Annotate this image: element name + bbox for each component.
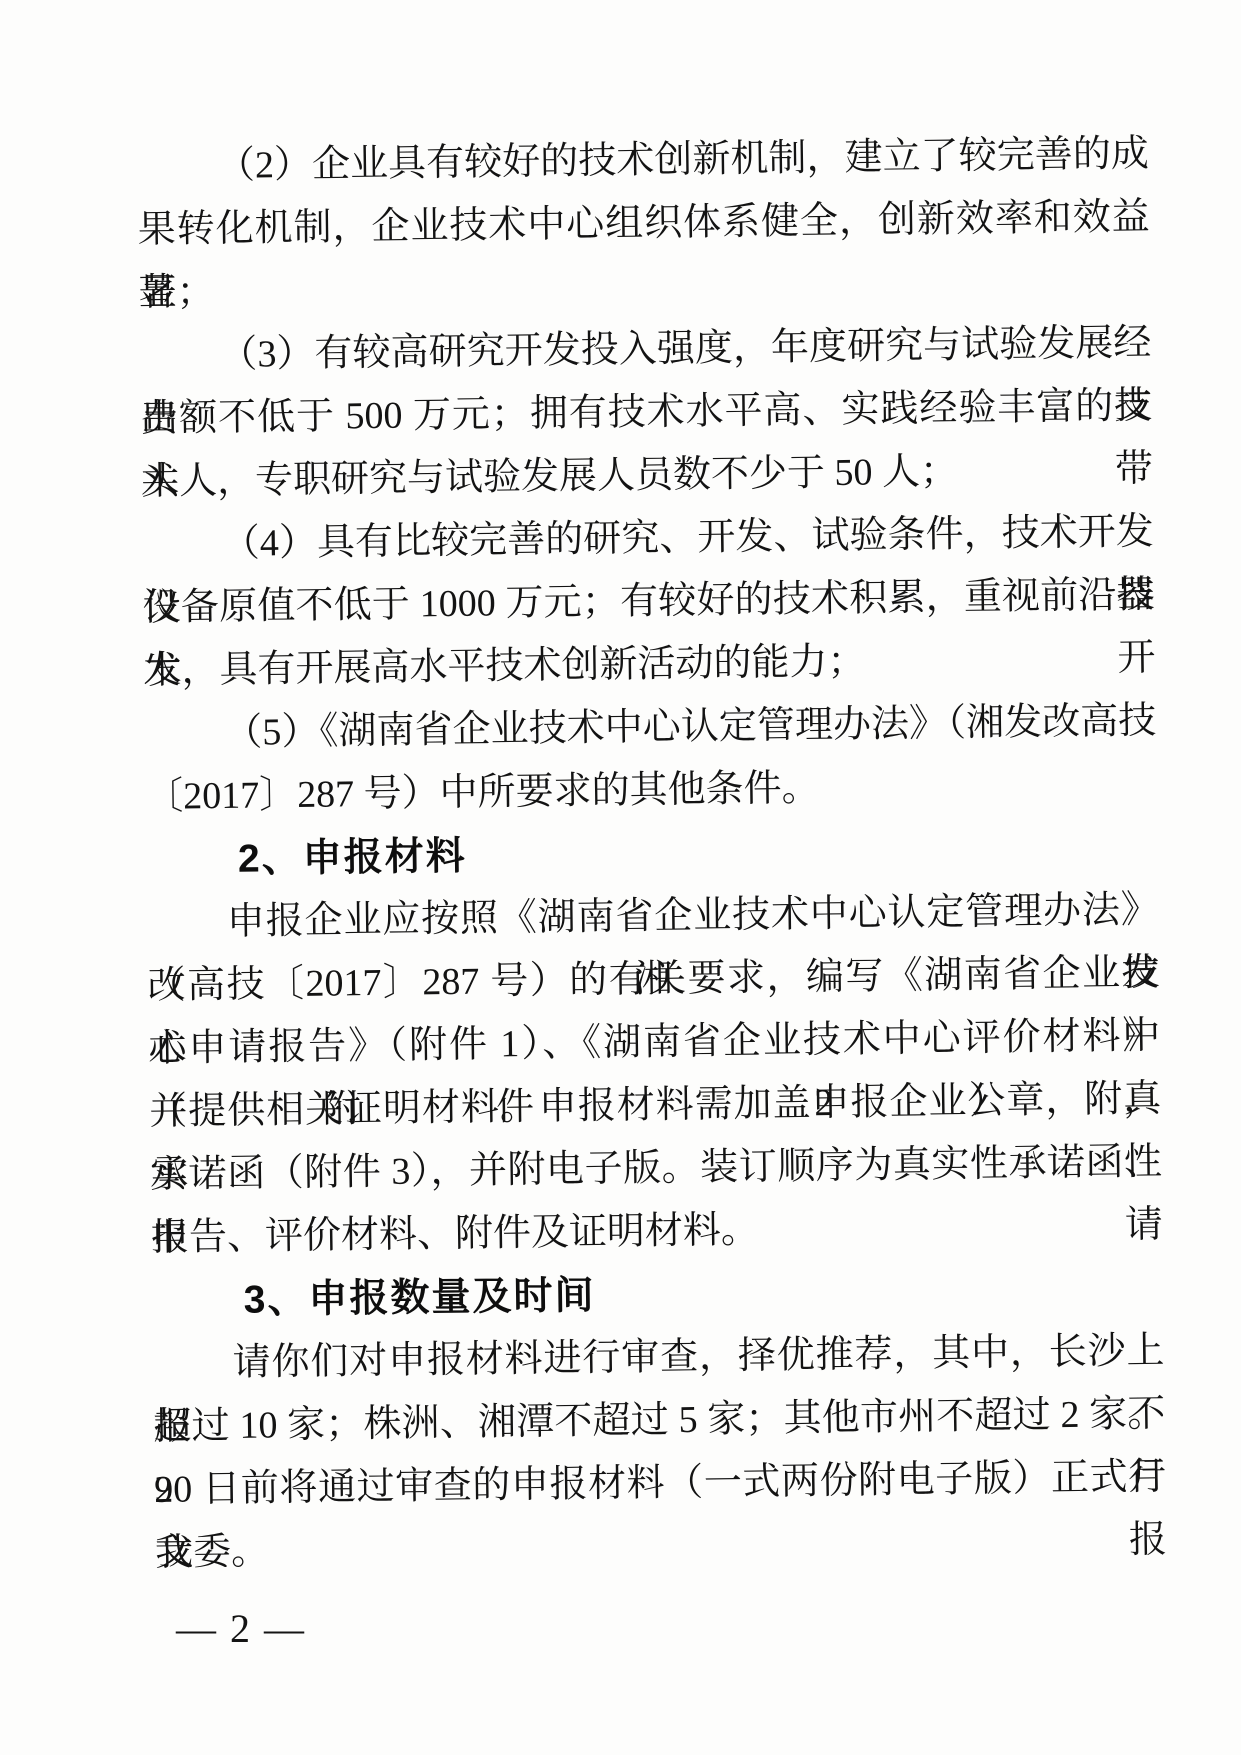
text-line: 20 日前将通过审查的申报材料（一式两份附电子版）正式行文报 (154, 1446, 1167, 1522)
paragraph-condition-2: （2）企业具有较好的技术创新机制，建立了较完善的成 果转化机制，企业技术中心组织… (137, 123, 1151, 325)
text-line: 承诺函（附件 3），并附电子版。装订顺序为真实性承诺函、申请 (150, 1131, 1163, 1207)
text-line: （5）《湖南省企业技术中心认定管理办法》（湘发改高技 (144, 690, 1157, 766)
paragraph-condition-4: （4）具有比较完善的研究、开发、试验条件，技术开发仪器 设备原值不低于 1000… (141, 501, 1155, 703)
document-body: （2）企业具有较好的技术创新机制，建立了较完善的成 果转化机制，企业技术中心组织… (137, 123, 1168, 1585)
text-line: 出额不低于 500 万元；拥有技术水平高、实践经验丰富的技术带 (140, 375, 1153, 451)
paragraph-application-materials: 申报企业应按照《湖南省企业技术中心认定管理办法》（湘发 改高技〔2017〕287… (146, 879, 1163, 1270)
text-line: 果转化机制，企业技术中心组织体系健全，创新效率和效益显 (137, 186, 1150, 262)
paragraph-condition-3: （3）有较高研究开发投入强度，年度研究与试验发展经费支 出额不低于 500 万元… (139, 312, 1153, 514)
paragraph-quantity-and-time: 请你们对申报材料进行审查，择优推荐，其中，长沙上报不 超过 10 家；株洲、湘潭… (152, 1320, 1167, 1585)
document-page: （2）企业具有较好的技术创新机制，建立了较完善的成 果转化机制，企业技术中心组织… (0, 0, 1241, 1755)
text-line: 设备原值不低于 1000 万元；有较好的技术积累，重视前沿技术开 (142, 564, 1155, 640)
paragraph-condition-5: （5）《湖南省企业技术中心认定管理办法》（湘发改高技 〔2017〕287 号）中… (144, 690, 1158, 829)
page-number: — 2 — (176, 1606, 306, 1652)
